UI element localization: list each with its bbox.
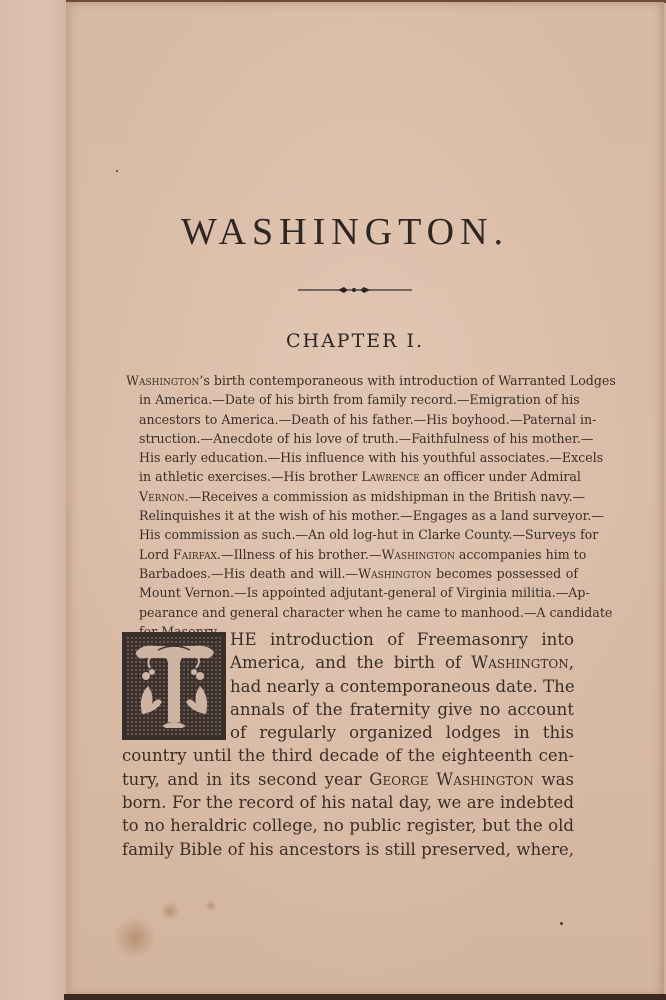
foxing-stain	[112, 918, 158, 958]
summary-line: Mount Vernon.—Is appointed adjutant-gene…	[126, 583, 578, 602]
ornamental-divider-icon	[298, 284, 412, 296]
ink-speck	[560, 922, 563, 925]
body-line: to no heraldric college, no public regis…	[122, 814, 574, 837]
book-photo: WASHINGTON. CHAPTER I. Washington’s birt…	[0, 0, 666, 1000]
summary-line: pearance and general character when he c…	[126, 603, 578, 622]
summary-line: His early education.—His influence with …	[126, 448, 578, 467]
body-line: family Bible of his ancestors is still p…	[122, 838, 574, 861]
summary-line: Relinquishes it at the wish of his mothe…	[126, 506, 578, 525]
summary-line: in athletic exercises.—His brother Lawre…	[126, 467, 578, 486]
body-line: of regularly organized lodges in this	[122, 721, 574, 744]
summary-line: His commission as such.—An old log-hut i…	[126, 525, 578, 544]
facing-page-edge	[0, 0, 66, 1000]
summary-line: Lord Fairfax.—Illness of his brother.—Wa…	[126, 545, 578, 564]
summary-line: Washington’s birth contemporaneous with …	[126, 371, 578, 390]
page-bottom-edge	[64, 994, 666, 1000]
summary-line: ancestors to America.—Death of his fathe…	[126, 410, 578, 429]
body-line: America, and the birth of Washington,	[122, 651, 574, 674]
summary-line: Barbadoes.—His death and will.—Washingto…	[126, 564, 578, 583]
body-line: had nearly a contemporaneous date. The	[122, 675, 574, 698]
body-line: annals of the fraternity give no account	[122, 698, 574, 721]
chapter-heading: CHAPTER I.	[0, 330, 666, 352]
summary-line: struction.—Anecdote of his love of truth…	[126, 429, 578, 448]
chapter-body-text: HE introduction of Freemasonry intoAmeri…	[122, 628, 574, 861]
foxing-stain	[205, 900, 217, 912]
body-line: country until the third decade of the ei…	[122, 744, 574, 767]
book-title: WASHINGTON.	[0, 210, 666, 254]
ink-speck	[116, 170, 118, 172]
summary-line: Vernon.—Receives a commission as midship…	[126, 487, 578, 506]
foxing-stain	[160, 902, 180, 920]
chapter-summary: Washington’s birth contemporaneous with …	[126, 371, 578, 641]
body-line: HE introduction of Freemasonry into	[122, 628, 574, 651]
summary-line: in America.—Date of his birth from famil…	[126, 390, 578, 409]
body-line: born. For the record of his natal day, w…	[122, 791, 574, 814]
body-line: tury, and in its second year George Wash…	[122, 768, 574, 791]
